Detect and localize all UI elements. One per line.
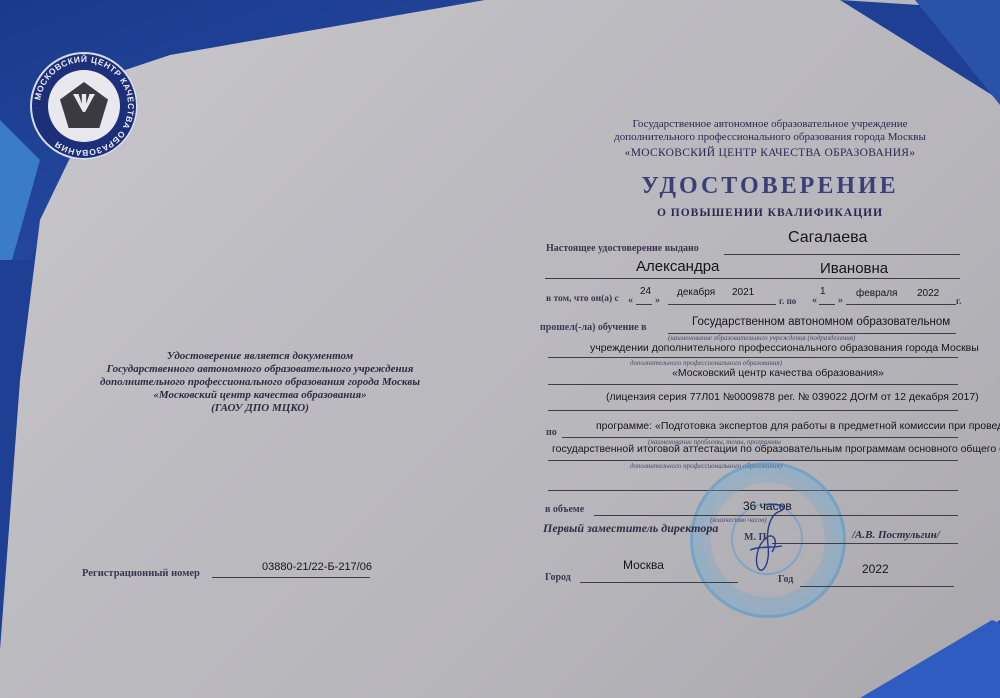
left-note-line-1: Удостоверение является документом bbox=[70, 350, 450, 363]
program-line-2 bbox=[548, 460, 958, 461]
document-subtitle: О ПОВЫШЕНИИ КВАЛИФИКАЦИИ bbox=[580, 207, 960, 219]
training-line-3 bbox=[548, 384, 958, 385]
to-year-value: 2022 bbox=[917, 288, 939, 299]
program-title-2: государственной итоговой аттестации по о… bbox=[552, 443, 1000, 455]
issued-to-label: Настоящее удостоверение выдано bbox=[546, 243, 699, 254]
signature-icon bbox=[710, 500, 820, 580]
training-hint-2: дополнительного профессионального образо… bbox=[630, 359, 782, 367]
header-line-2: дополнительного профессионального образо… bbox=[580, 131, 960, 143]
city-line bbox=[580, 582, 738, 583]
training-institution-2: учреждении дополнительного профессиональ… bbox=[590, 342, 979, 354]
to-day-value: 1 bbox=[820, 286, 826, 297]
quote-open: « bbox=[628, 295, 633, 306]
to-month-value: февраля bbox=[856, 288, 897, 299]
period-from-label: в том, что он(а) с bbox=[546, 294, 619, 304]
document-title: УДОСТОВЕРЕНИЕ bbox=[580, 173, 960, 200]
surname-value: Сагалаева bbox=[788, 229, 867, 247]
left-note-line-3: дополнительного профессионального образо… bbox=[70, 376, 450, 389]
logo-inner-disc bbox=[48, 70, 120, 142]
name-line bbox=[545, 278, 960, 279]
signatory-name: /А.В. Постульгин/ bbox=[852, 529, 940, 541]
from-year-value: 2021 bbox=[732, 287, 754, 298]
surname-line bbox=[724, 254, 960, 255]
quote-open-2: « bbox=[812, 295, 817, 306]
program-title-1: программе: «Подготовка экспертов для раб… bbox=[596, 420, 1000, 432]
first-name-value: Александра bbox=[636, 258, 719, 275]
training-line-4 bbox=[548, 410, 958, 411]
quote-close: » bbox=[655, 295, 660, 306]
to-month-year-line bbox=[846, 304, 956, 305]
registration-line bbox=[212, 577, 370, 578]
from-month-value: декабря bbox=[677, 287, 715, 298]
program-label: по bbox=[546, 427, 557, 438]
training-label: прошел(-ла) обучение в bbox=[540, 322, 646, 333]
year-suffix: г. bbox=[956, 296, 961, 306]
header-line-3: «МОСКОВСКИЙ ЦЕНТР КАЧЕСТВА ОБРАЗОВАНИЯ» bbox=[580, 147, 960, 159]
to-day-line bbox=[819, 304, 835, 305]
header-line-1: Государственное автономное образовательн… bbox=[580, 118, 960, 130]
training-hint-1: (наименование образовательного учреждени… bbox=[668, 334, 855, 342]
city-value: Москва bbox=[623, 558, 664, 572]
from-day-value: 24 bbox=[640, 286, 651, 297]
training-institution-3: «Московский центр качества образования» bbox=[672, 367, 884, 379]
left-note: Удостоверение является документом Госуда… bbox=[70, 350, 450, 415]
training-institution-1: Государственном автономном образовательн… bbox=[692, 316, 950, 328]
patronymic-value: Ивановна bbox=[820, 260, 888, 277]
training-line-2 bbox=[548, 357, 958, 358]
registration-number: 03880-21/22-Б-217/06 bbox=[262, 561, 372, 573]
period-to-label: г. по bbox=[779, 296, 796, 306]
left-note-line-2: Государственного автономного образовател… bbox=[70, 363, 450, 376]
year-line bbox=[800, 586, 954, 587]
from-day-line bbox=[636, 304, 652, 305]
left-note-line-4: «Московский центр качества образования» bbox=[70, 389, 450, 402]
quote-close-2: » bbox=[838, 295, 843, 306]
year-value: 2022 bbox=[862, 562, 889, 576]
from-month-year-line bbox=[668, 304, 776, 305]
city-label: Город bbox=[545, 572, 571, 583]
signatory-title: Первый заместитель директора bbox=[543, 521, 718, 536]
mcko-logo: МОСКОВСКИЙ ЦЕНТР КАЧЕСТВА ОБРАЗОВАНИЯ bbox=[30, 52, 138, 160]
volume-label: в объеме bbox=[545, 504, 584, 515]
license-info: (лицензия серия 77Л01 №0009878 рег. № 03… bbox=[606, 391, 979, 403]
year-label: Год bbox=[778, 574, 793, 585]
registration-label: Регистрационный номер bbox=[82, 568, 200, 579]
left-note-line-5: (ГАОУ ДПО МЦКО) bbox=[70, 402, 450, 415]
